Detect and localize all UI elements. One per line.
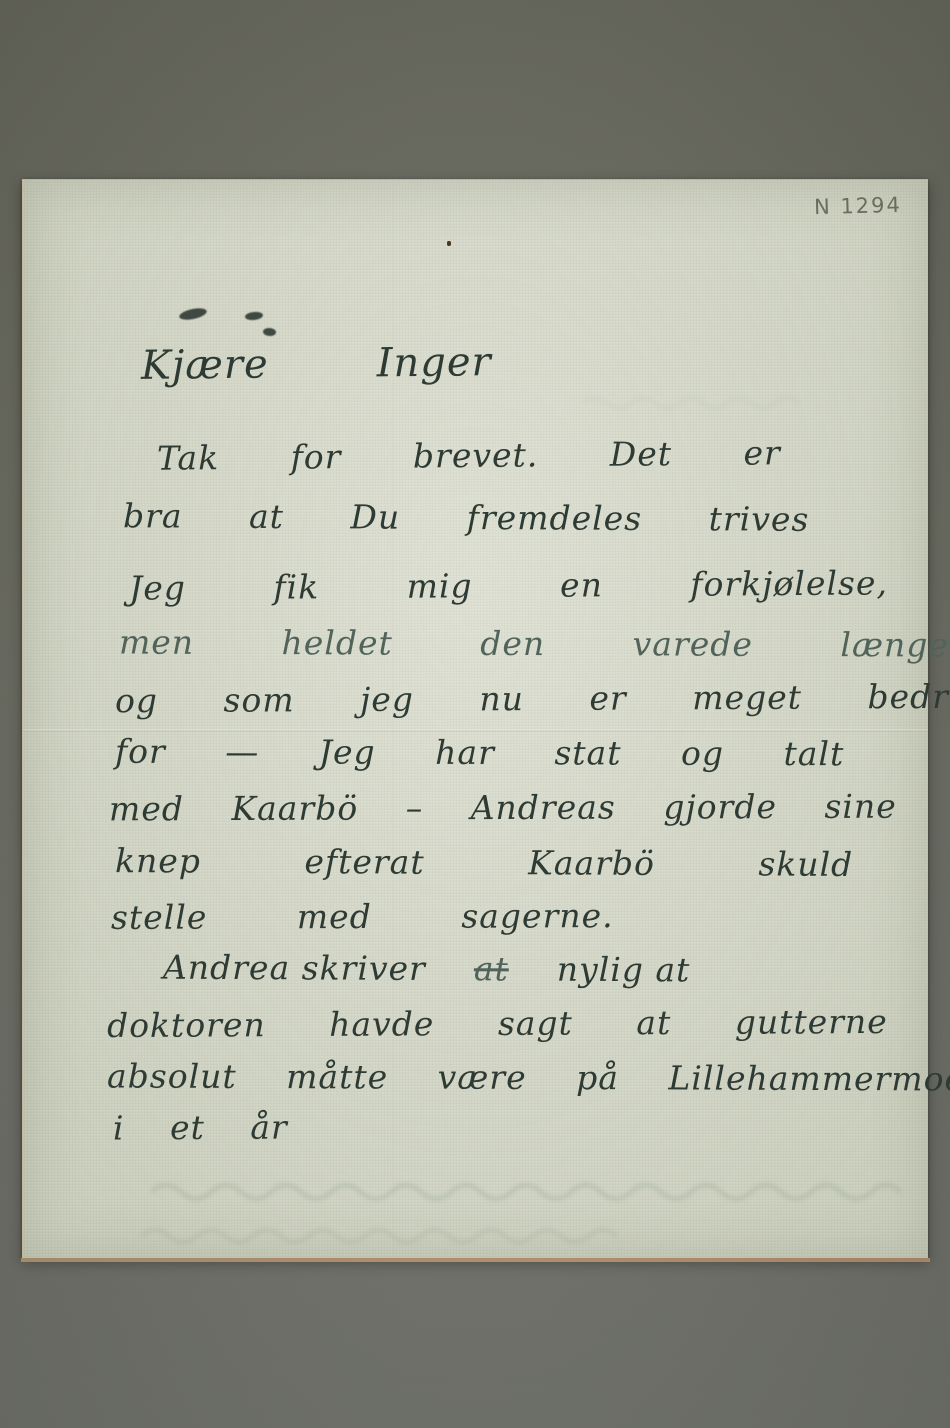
letter-line: for — Jeg har stat og talt bbox=[115, 732, 844, 774]
letter-line-segment: nylig at bbox=[557, 950, 691, 990]
salutation-word: Kjære bbox=[141, 341, 269, 390]
letter-paper: N 1294 KjæreInger Tak for brevet. Det er… bbox=[22, 179, 928, 1258]
ink-bleedthrough bbox=[141, 1218, 641, 1254]
ink-smudge bbox=[263, 328, 277, 337]
salutation-word: Inger bbox=[376, 338, 491, 387]
letter-line: Tak for brevet. Det er bbox=[157, 433, 781, 478]
letter-line: absolut måtte være på Lillehammermoen bbox=[107, 1056, 950, 1099]
ink-smudge bbox=[178, 306, 207, 322]
struck-out-word: at bbox=[474, 949, 509, 989]
archive-number: N 1294 bbox=[814, 193, 902, 219]
letter-line: Jeg fik mig en forkjølelse, bbox=[129, 563, 888, 608]
salutation-line: KjæreInger bbox=[141, 338, 492, 390]
ink-smudge bbox=[245, 311, 264, 321]
letter-line: knep efterat Kaarbö skuld bbox=[115, 841, 853, 884]
letter-line: men heldet den varede længe bbox=[119, 623, 949, 665]
ink-bleedthrough bbox=[151, 1172, 901, 1212]
letter-line-segment: Andrea skriver bbox=[163, 948, 426, 989]
letter-line: doktoren havde sagt at gutterne bbox=[107, 1002, 888, 1046]
letter-line: og som jeg nu er meget bedre bbox=[115, 677, 950, 721]
letter-line: bra at Du fremdeles trives bbox=[123, 496, 810, 539]
mount-background: N 1294 KjæreInger Tak for brevet. Det er… bbox=[0, 0, 950, 1428]
letter-line: stelle med sagerne. bbox=[111, 896, 614, 937]
letter-line: med Kaarbö – Andreas gjorde sine bbox=[109, 787, 897, 829]
paper-speck bbox=[447, 241, 451, 246]
ink-bleedthrough bbox=[583, 388, 813, 418]
letter-line-with-strikethrough: Andrea skriver at nylig at bbox=[163, 948, 691, 990]
letter-line: i et år bbox=[113, 1108, 288, 1149]
